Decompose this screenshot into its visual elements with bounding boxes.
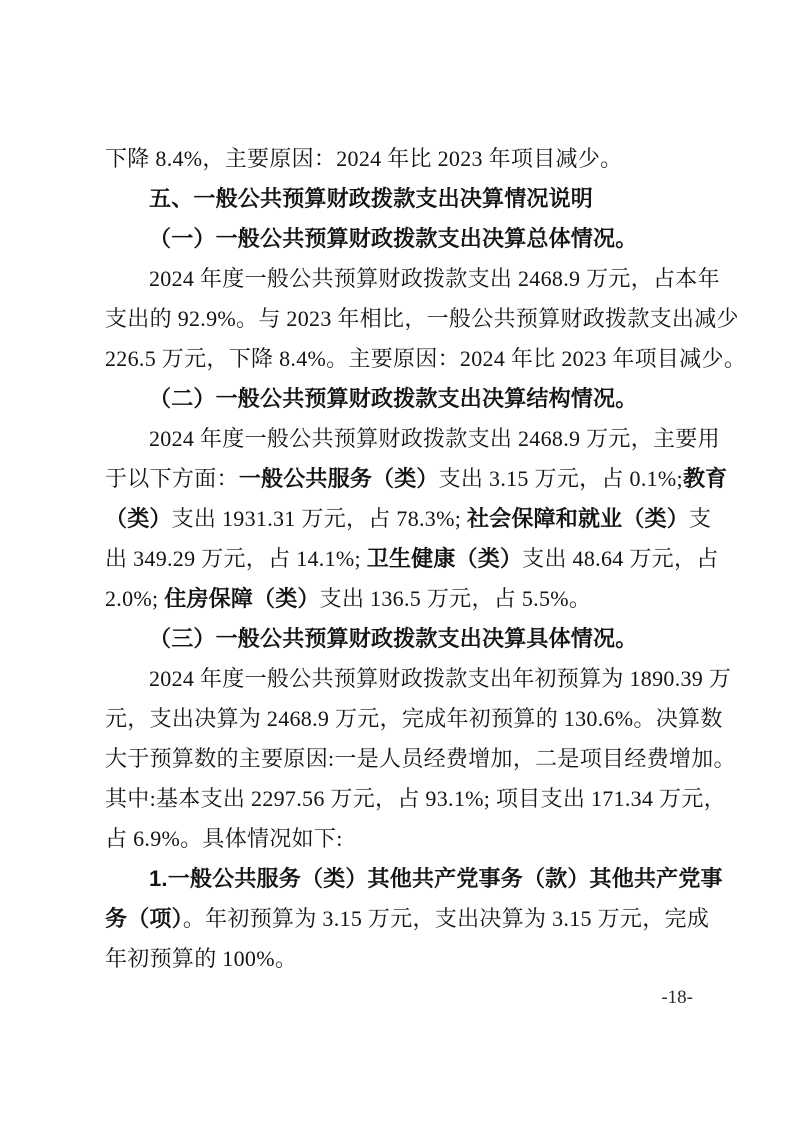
body-line: 元，支出决算为 2468.9 万元，完成年初预算的 130.6%。决算数 — [105, 699, 695, 739]
body-line-continued: 下降 8.4%，主要原因：2024 年比 2023 年项目减少。 — [105, 139, 695, 179]
bold-text-run: 一般公共服务（类） — [239, 466, 439, 491]
list-item-heading: 1.一般公共服务（类）其他共产党事务（款）其他共产党事 — [105, 859, 695, 899]
bold-text-run: 卫生健康（类） — [367, 546, 522, 571]
body-line: 2024 年度一般公共预算财政拨款支出 2468.9 万元，占本年 — [105, 259, 695, 299]
bold-text-run: （类） — [105, 506, 172, 531]
body-line: 支出的 92.9%。与 2023 年相比，一般公共预算财政拨款支出减少 — [105, 299, 695, 339]
body-line: 2024 年度一般公共预算财政拨款支出 2468.9 万元，主要用 — [105, 419, 695, 459]
body-line: 2024 年度一般公共预算财政拨款支出年初预算为 1890.39 万 — [105, 659, 695, 699]
section-heading: 五、一般公共预算财政拨款支出决算情况说明 — [105, 179, 695, 219]
bold-text-run: （一）一般公共预算财政拨款支出决算总体情况。 — [149, 226, 637, 251]
bold-text-run: 社会保障和就业（类） — [467, 506, 689, 531]
body-line: 大于预算数的主要原因:一是人员经费增加，二是项目经费增加。 — [105, 739, 695, 779]
text-run: 下降 8.4%，主要原因：2024 年比 2023 年项目减少。 — [105, 146, 622, 171]
document-body: 下降 8.4%，主要原因：2024 年比 2023 年项目减少。五、一般公共预算… — [105, 139, 695, 979]
text-run: 出 349.29 万元，占 14.1%; — [105, 546, 367, 571]
text-run: 2024 年度一般公共预算财政拨款支出 2468.9 万元，主要用 — [149, 426, 720, 451]
body-line: 出 349.29 万元，占 14.1%; 卫生健康（类）支出 48.64 万元，… — [105, 539, 695, 579]
text-run: 元，支出决算为 2468.9 万元，完成年初预算的 130.6%。决算数 — [105, 706, 723, 731]
body-line: 其中:基本支出 2297.56 万元，占 93.1%; 项目支出 171.34 … — [105, 779, 695, 819]
body-line: 务（项）。年初预算为 3.15 万元，支出决算为 3.15 万元，完成 — [105, 899, 695, 939]
text-run: 支出 136.5 万元，占 5.5%。 — [320, 586, 592, 611]
text-run: 2024 年度一般公共预算财政拨款支出年初预算为 1890.39 万 — [149, 666, 731, 691]
document-page: 下降 8.4%，主要原因：2024 年比 2023 年项目减少。五、一般公共预算… — [0, 0, 793, 1122]
text-run: 大于预算数的主要原因:一是人员经费增加，二是项目经费增加。 — [105, 746, 736, 771]
subsection-heading: （二）一般公共预算财政拨款支出决算结构情况。 — [105, 379, 695, 419]
text-run: 支出 48.64 万元，占 — [522, 546, 718, 571]
bold-text-run: 教育 — [683, 466, 727, 491]
text-run: 2024 年度一般公共预算财政拨款支出 2468.9 万元，占本年 — [149, 266, 720, 291]
subsection-heading: （一）一般公共预算财政拨款支出决算总体情况。 — [105, 219, 695, 259]
bold-text-run: 住房保障（类） — [164, 586, 319, 611]
text-run: 年初预算的 100%。 — [105, 946, 297, 971]
bold-text-run: （二）一般公共预算财政拨款支出决算结构情况。 — [149, 386, 637, 411]
text-run: 支出的 92.9%。与 2023 年相比，一般公共预算财政拨款支出减少 — [105, 306, 739, 331]
body-line: 于以下方面：一般公共服务（类）支出 3.15 万元，占 0.1%;教育 — [105, 459, 695, 499]
text-run: 。年初预算为 3.15 万元，支出决算为 3.15 万元，完成 — [183, 906, 709, 931]
subsection-heading: （三）一般公共预算财政拨款支出决算具体情况。 — [105, 619, 695, 659]
text-run: 占 6.9%。具体情况如下: — [105, 826, 343, 851]
text-run: 支出 3.15 万元，占 0.1%; — [439, 466, 683, 491]
body-line: （类）支出 1931.31 万元，占 78.3%; 社会保障和就业（类）支 — [105, 499, 695, 539]
bold-text-run: （三）一般公共预算财政拨款支出决算具体情况。 — [149, 626, 637, 651]
page-number: -18- — [661, 986, 693, 1010]
body-line: 2.0%; 住房保障（类）支出 136.5 万元，占 5.5%。 — [105, 579, 695, 619]
text-run: 2.0%; — [105, 586, 164, 611]
body-line: 占 6.9%。具体情况如下: — [105, 819, 695, 859]
text-run: 226.5 万元，下降 8.4%。主要原因：2024 年比 2023 年项目减少… — [105, 346, 746, 371]
bold-text-run: 五、一般公共预算财政拨款支出决算情况说明 — [149, 186, 593, 211]
body-line: 226.5 万元，下降 8.4%。主要原因：2024 年比 2023 年项目减少… — [105, 339, 695, 379]
bold-text-run: 务（项） — [105, 906, 183, 931]
text-run: 支 — [689, 506, 711, 531]
bold-text-run: 1.一般公共服务（类）其他共产党事务（款）其他共产党事 — [149, 866, 723, 891]
body-line: 年初预算的 100%。 — [105, 939, 695, 979]
text-run: 其中:基本支出 2297.56 万元，占 93.1%; 项目支出 171.34 … — [105, 786, 726, 811]
text-run: 支出 1931.31 万元，占 78.3%; — [172, 506, 467, 531]
text-run: 于以下方面： — [105, 466, 239, 491]
